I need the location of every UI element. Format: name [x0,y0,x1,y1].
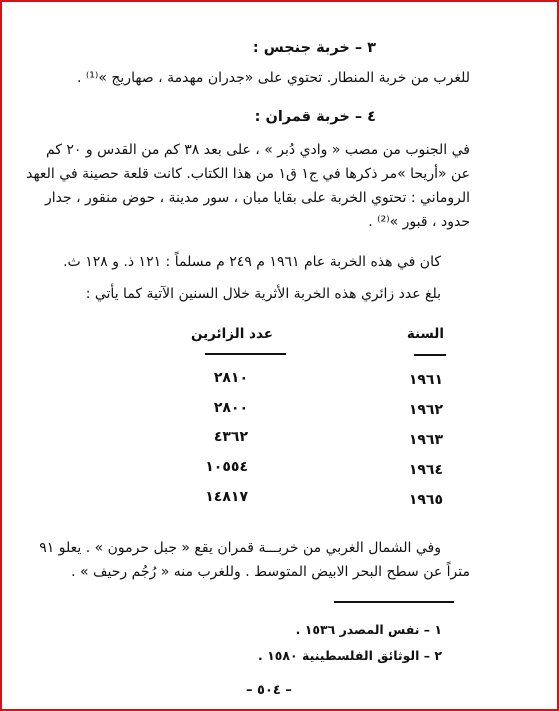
closing-line-2: متراً عن سطح البحر الابيض المتوسط . وللغ… [71,562,470,582]
footnote-2: ٢ – الوثائق الفلسطينية ١٥٨٠ . [258,648,442,663]
section-4-heading: ٤ – خربة قمران : [255,107,376,127]
table-header-year: السنة [407,326,444,342]
table-row-year: ١٩٦٥ [409,492,443,508]
table-row-year: ١٩٦٢ [409,402,443,418]
footnote-divider [334,601,454,603]
section-4-line-2: عن «أريحا »مر ذكرها في ج١ ق١ من هذا الكت… [26,164,470,184]
section-4-line-3: الروماني : تحتوي الخربة على بقايا مبان ،… [45,188,470,208]
closing-line-1: وفي الشمال الغربي من خربـــة قمران يقع «… [39,538,441,558]
table-row-year: ١٩٦٤ [409,462,443,478]
page-number: – ٥٠٤ – [246,683,292,698]
section-3-text: للغرب من خربة المنطار. تحتوي على «جدران … [77,68,470,88]
table-row-visitors: ٢٨٠٠ [214,400,248,416]
census-line: كان في هذه الخربة عام ١٩٦١ م ٢٤٩ م مسلما… [63,252,441,272]
table-row-visitors: ١٠٥٥٤ [205,459,248,475]
table-row-visitors: ٤٣٦٢ [214,429,248,445]
footnote-1: ١ – نفس المصدر ١٥٣٦ . [296,622,442,637]
table-row-visitors: ١٤٨١٧ [205,489,248,505]
visitors-intro: بلغ عدد زائري هذه الخربة الأثرية خلال ال… [86,284,441,304]
section-4-line-1: في الجنوب من مصب « وادي دُبر » ، على بعد… [46,140,470,160]
table-row-year: ١٩٦٣ [409,432,443,448]
year-header-underline [414,354,446,356]
section-3-heading: ٣ – خربة جنجس : [253,38,376,58]
table-header-visitors: عدد الزائرين [191,326,273,342]
table-row-year: ١٩٦١ [409,372,443,388]
visitors-header-underline [205,353,286,355]
table-row-visitors: ٢٨١٠ [214,370,248,386]
section-4-line-4: حدود ، قبور »⁽²⁾ . [368,212,470,232]
